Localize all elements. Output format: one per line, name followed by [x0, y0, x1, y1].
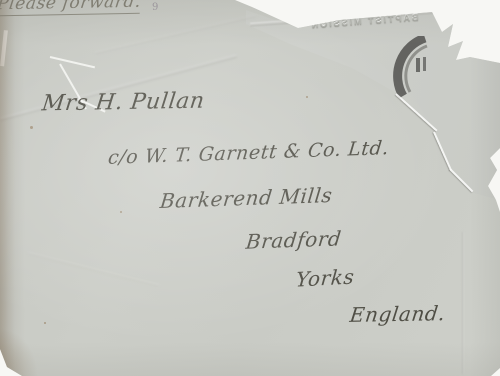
address-line-care-of: c/o W. T. Garnett & Co. Ltd.: [108, 137, 390, 169]
paper-speck: [120, 211, 122, 213]
envelope: BAPTIST MISSION Please forward. 9 Mrs: [0, 0, 500, 376]
address-line-country: England.: [350, 301, 446, 327]
pencil-mark: 9: [152, 2, 158, 13]
tear-mark: [50, 56, 95, 68]
crease-line: [462, 232, 464, 374]
paper-speck: [30, 126, 33, 129]
envelope-photo: BAPTIST MISSION Please forward. 9 Mrs: [0, 0, 500, 376]
address-line-mills: Barkerend Mills: [160, 183, 333, 213]
address-line-county: Yorks: [295, 264, 355, 291]
postmark-icon: [383, 36, 429, 100]
worn-left-edge: [0, 0, 15, 376]
address-line-city: Bradford: [246, 226, 342, 253]
paper-speck: [306, 96, 308, 98]
address-line-recipient: Mrs H. Pullan: [42, 89, 205, 117]
paper-speck: [44, 322, 46, 324]
worn-corner: [0, 328, 38, 376]
crease-line: [28, 252, 159, 287]
crease-line: [95, 15, 256, 54]
forward-annotation: Please forward.: [0, 0, 141, 16]
